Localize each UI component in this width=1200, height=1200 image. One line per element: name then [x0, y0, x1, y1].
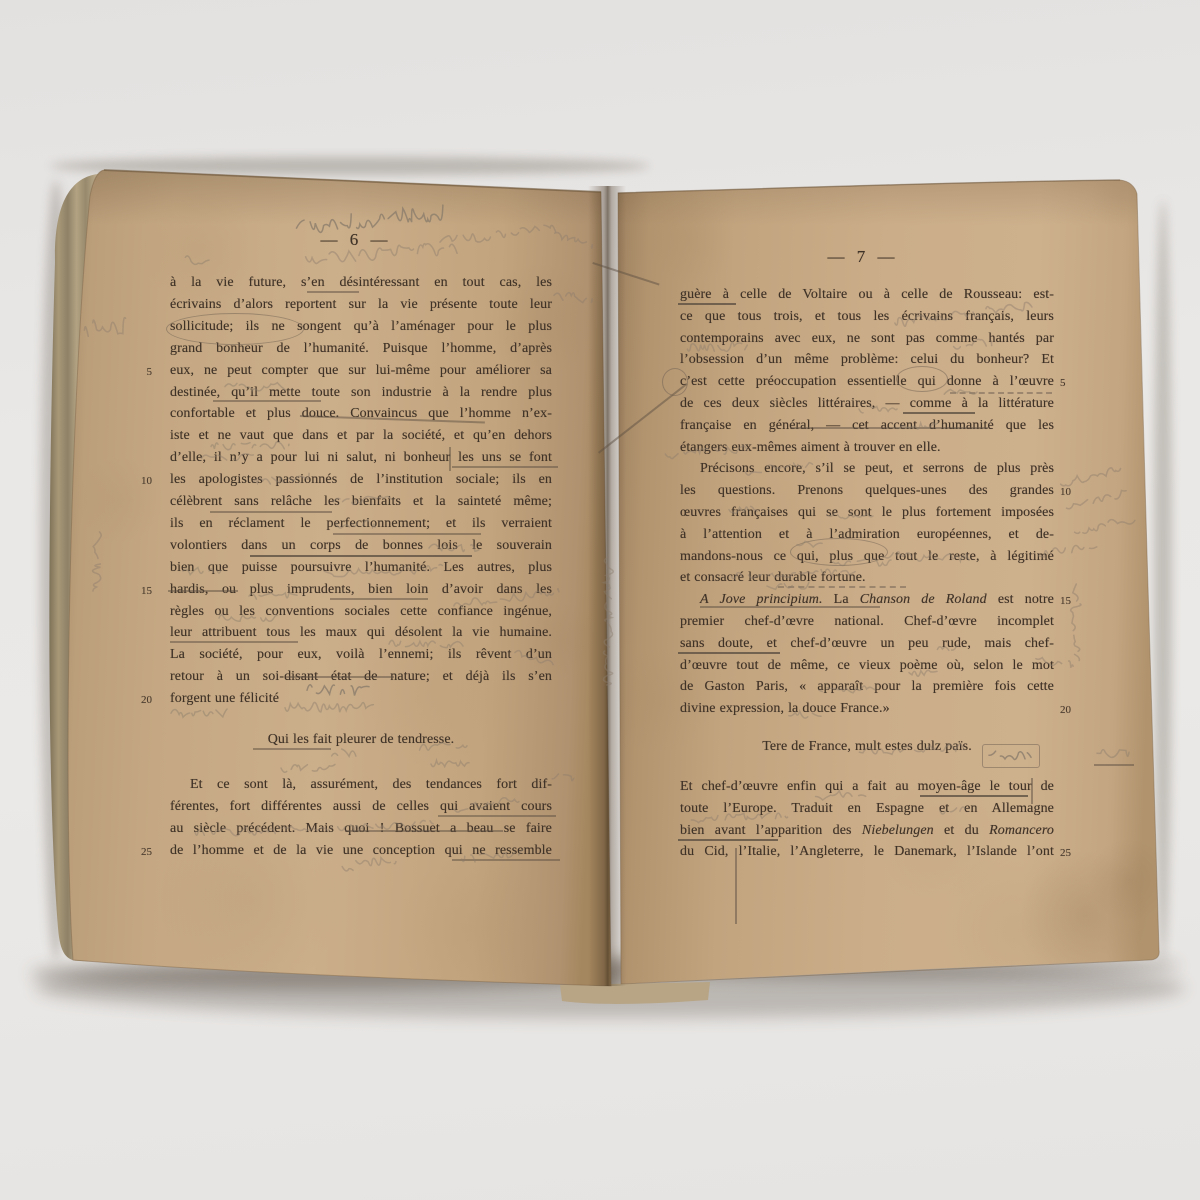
pencil-annotation	[90, 528, 104, 592]
pencil-mark-u	[307, 291, 359, 293]
pencil-annotation	[932, 642, 958, 654]
pencil-mark-v	[449, 447, 451, 471]
pencil-annotation	[306, 682, 370, 697]
pencil-mark-u	[170, 641, 298, 643]
pencil-mark-v	[1031, 778, 1033, 804]
pencil-mark-u	[678, 839, 778, 841]
pencil-stroke	[285, 703, 373, 713]
pencil-annotation	[248, 590, 298, 601]
pencil-annotation	[728, 503, 758, 515]
pencil-stroke	[953, 338, 992, 349]
pencil-stroke	[420, 743, 468, 750]
pencil-mark-u	[452, 466, 558, 468]
plain-text: La	[823, 592, 860, 607]
printed-line: c’est cette préoccupation essentielle qu…	[680, 372, 1054, 392]
line-number: 20	[134, 691, 152, 709]
pencil-stroke	[729, 506, 757, 513]
pencil-annotation	[1096, 746, 1130, 759]
printed-line: Et ce sont là, assurément, des tendances…	[190, 775, 552, 795]
pencil-stroke	[307, 685, 369, 696]
printed-line: l’obsession d’un même problème: celui du…	[680, 350, 1054, 370]
pencil-annotation	[170, 706, 228, 719]
pencil-stroke	[940, 807, 965, 814]
pencil-stroke	[827, 513, 873, 519]
pencil-mark-u	[678, 303, 736, 305]
pencil-mark-u	[903, 412, 975, 414]
printed-line: les apologistes passionnés de l’institut…	[170, 470, 552, 490]
pencil-stroke	[332, 749, 356, 756]
pencil-annotation	[388, 638, 464, 649]
line-number: 20	[1060, 701, 1078, 719]
pencil-annotation	[766, 580, 810, 591]
pencil-annotation	[284, 700, 376, 714]
printed-line: premier chef-d’œvre national. Chef-d’œvr…	[680, 612, 1054, 632]
printed-line: française en général, — cet accent d’hum…	[680, 416, 1054, 436]
pencil-mark-u	[213, 400, 321, 402]
line-number: 10	[134, 472, 152, 490]
pencil-stroke	[819, 686, 875, 693]
pencil-stroke	[171, 709, 227, 717]
pencil-annotation	[324, 746, 358, 758]
pencil-annotation	[938, 386, 978, 397]
pencil-annotation	[602, 556, 616, 686]
printed-line: bien avant l’apparition des Niebelungen …	[680, 821, 1054, 841]
printed-line: volontiers dans un corps de bonnes lois …	[170, 536, 552, 556]
pencil-annotation	[796, 538, 824, 550]
pencil-stroke	[833, 559, 891, 566]
pencil-annotation	[858, 403, 898, 414]
pencil-mark-u	[1094, 764, 1134, 766]
line-number: 5	[134, 363, 152, 381]
pencil-mark-s	[790, 427, 988, 429]
pencil-stroke	[767, 582, 809, 589]
pencil-annotation	[180, 252, 212, 265]
pencil-mark-v	[735, 848, 737, 924]
pencil-mark-u	[438, 815, 556, 817]
pencil-stroke	[797, 541, 822, 547]
line-number: 15	[134, 582, 152, 600]
pencil-annotation	[890, 420, 938, 431]
pencil-annotation	[1070, 583, 1084, 663]
pencil-mark-u	[253, 748, 331, 750]
line-number: 5	[1060, 374, 1078, 392]
plain-text: bien avant l’apparition des	[680, 823, 862, 838]
book-edge-shadow-rightside	[1154, 200, 1172, 960]
pencil-annotation	[182, 565, 222, 576]
pencil-stroke	[389, 640, 463, 647]
pencil-stroke	[333, 495, 391, 505]
pencil-stroke	[281, 764, 335, 772]
pencil-stroke	[859, 406, 897, 413]
printed-line: confortable et plus douce. Convaincus qu…	[170, 404, 552, 424]
pencil-stroke	[937, 645, 957, 650]
line-number: 25	[134, 843, 152, 861]
pencil-mark-u	[333, 533, 481, 535]
italic-text: Romancero	[989, 823, 1054, 838]
printed-line: Qui les fait pleurer de tendresse.	[170, 730, 552, 750]
pencil-stroke	[789, 711, 821, 718]
pencil-annotation	[412, 740, 468, 752]
pencil-annotation	[826, 509, 874, 520]
pencil-stroke	[249, 593, 297, 599]
pencil-stroke	[944, 390, 977, 395]
pencil-stroke	[336, 520, 375, 528]
line-number: 25	[1060, 844, 1078, 862]
pencil-annotation	[430, 758, 470, 769]
printed-line: les questions. Prenons quelques-unes des…	[680, 481, 1054, 501]
pencil-annotation	[82, 311, 130, 342]
pencil-stroke	[909, 670, 937, 676]
pencil-annotation	[936, 804, 966, 816]
pencil-stroke	[552, 773, 574, 783]
pencil-annotation	[788, 708, 822, 722]
pencil-stroke	[885, 552, 969, 561]
pencil-mark-s	[286, 676, 394, 678]
pencil-stroke	[1097, 750, 1129, 758]
pencil-annotation	[818, 684, 876, 695]
pencil-annotation	[908, 666, 938, 678]
pencil-stroke	[687, 341, 747, 354]
pencil-mark-c	[166, 313, 304, 345]
printed-line: à la vie future, s’en désintéressant en …	[170, 273, 552, 293]
plain-text: est notre	[987, 592, 1054, 607]
page-number-header-right: — 7 —	[803, 245, 923, 269]
pencil-stroke	[185, 256, 209, 264]
printed-line: La société, pour eux, voilà l’ennemi; il…	[170, 645, 552, 665]
pencil-annotation	[884, 550, 970, 563]
pencil-stroke	[93, 532, 102, 591]
pencil-stroke	[896, 423, 937, 429]
italic-text: Niebelungen	[862, 823, 934, 838]
pencil-stroke	[604, 557, 614, 685]
pencil-stroke	[183, 568, 221, 575]
printed-line: divine expression, la douce France.»	[680, 699, 1054, 719]
pencil-mark-u	[920, 795, 1028, 797]
italic-text: A Jove principium.	[700, 592, 823, 607]
pencil-annotation	[218, 612, 278, 623]
pencil-mark-s	[700, 606, 880, 608]
printed-line: écrivains d’alors reportent sur la vie p…	[170, 295, 552, 315]
pencil-annotation	[332, 519, 376, 530]
pencil-stroke	[431, 760, 469, 766]
pencil-mark-u	[210, 511, 332, 513]
printed-line: sans doute, et chef-d’œuvre un peu rude,…	[680, 634, 1054, 654]
pencil-stroke	[989, 751, 1031, 759]
pencil-mark-s	[168, 590, 238, 592]
pencil-annotation	[224, 380, 288, 392]
pencil-annotation	[428, 542, 480, 553]
pencil-mark-u	[250, 555, 472, 557]
pencil-stroke	[84, 317, 128, 338]
pencil-annotation	[280, 762, 336, 773]
printed-line: eux, ne peut compter que sur lui-même po…	[170, 361, 552, 381]
printed-line: d’œuvre tout de même, ce vieux poème où,…	[680, 656, 1054, 676]
photo-backdrop: — 6 — — 7 — à la vie future, s’en désint…	[0, 0, 1200, 1200]
pencil-stroke	[219, 615, 277, 621]
pencil-stroke	[429, 544, 479, 551]
pencil-mark-u	[678, 652, 780, 654]
plain-text: et du	[934, 823, 989, 838]
pencil-mark-u	[330, 598, 428, 600]
pencil-annotation	[988, 748, 1032, 761]
italic-text: Chanson de Roland	[860, 592, 987, 607]
pencil-stroke	[1071, 584, 1081, 661]
pencil-stroke	[225, 383, 285, 391]
